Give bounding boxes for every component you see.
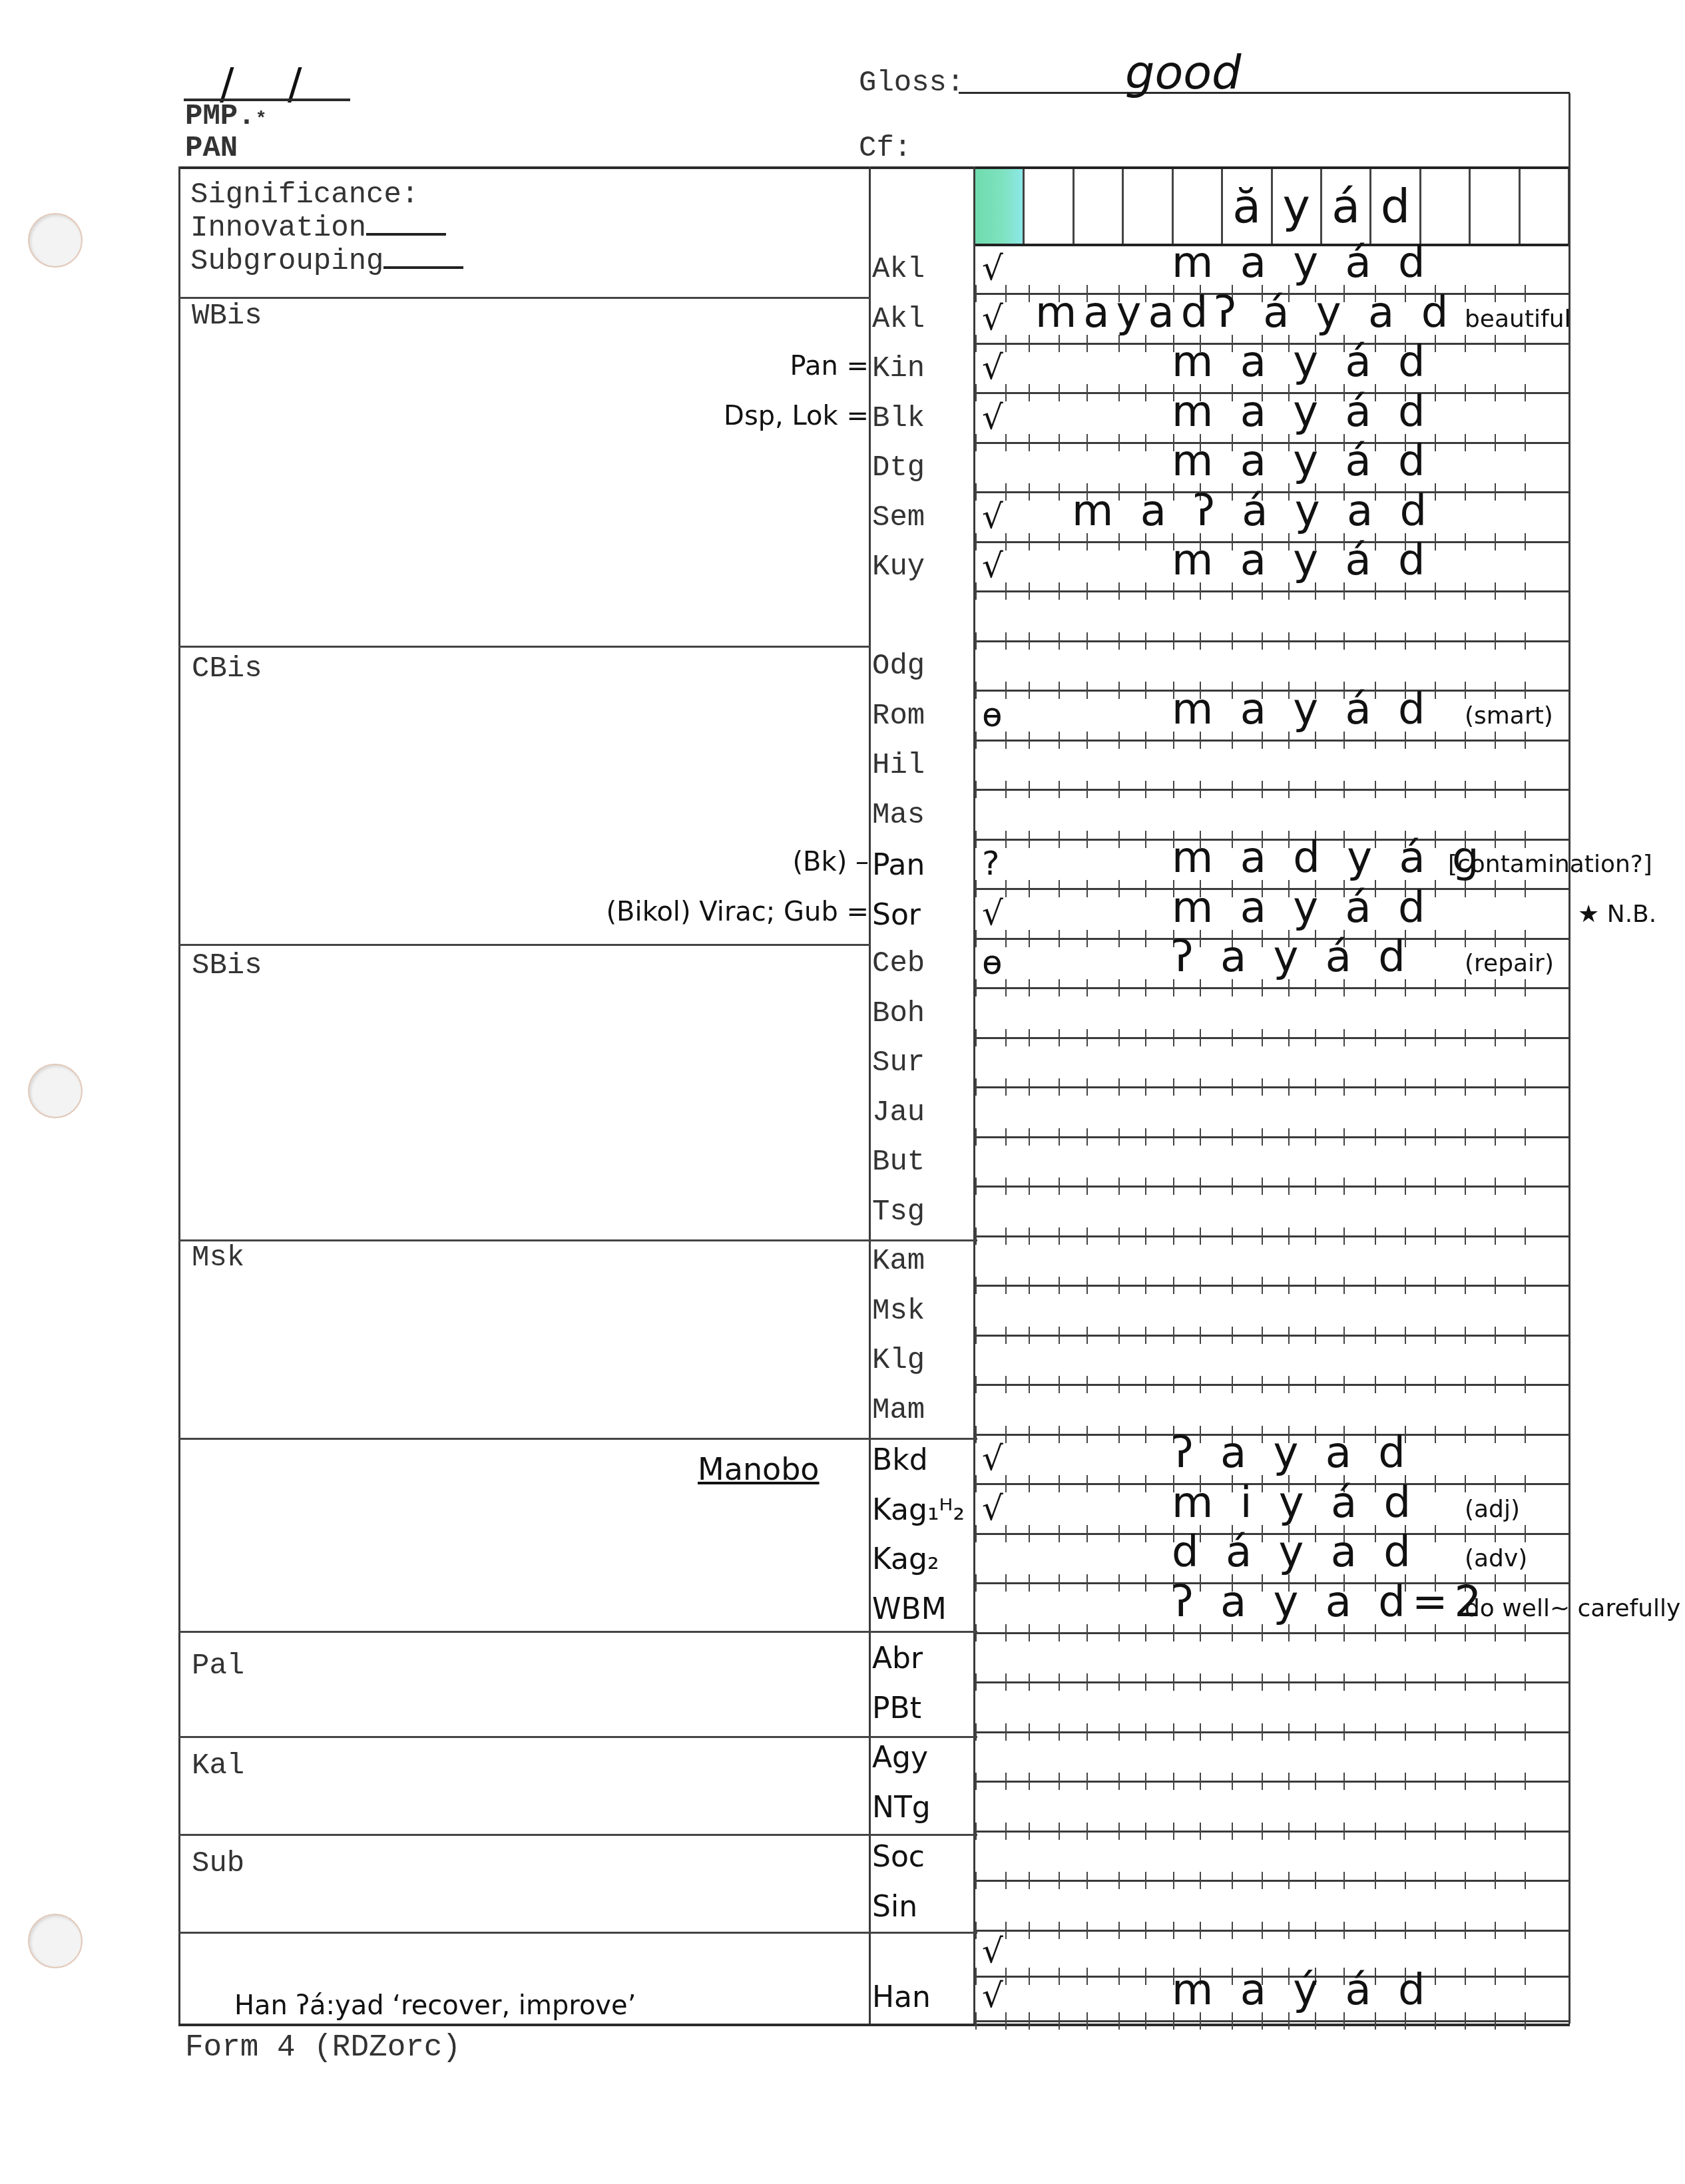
- row-tick: [1405, 1823, 1406, 1840]
- reconstruction-cell[interactable]: d: [1369, 169, 1419, 244]
- row-tick: [1495, 285, 1496, 302]
- row-tick: [1005, 1078, 1007, 1096]
- row-tick: [1375, 1078, 1376, 1096]
- row-tick: [1118, 384, 1120, 401]
- row-tick: [1405, 1277, 1406, 1294]
- language-code: Agy: [872, 1741, 972, 1775]
- row-tick: [1118, 1029, 1120, 1046]
- row-tick: [1435, 483, 1436, 501]
- language-code: Han: [872, 1980, 972, 2014]
- subgrouping-blank[interactable]: [383, 266, 463, 269]
- check-icon[interactable]: √: [982, 1489, 1003, 1528]
- row-tick: [1525, 1673, 1526, 1691]
- gloss-note: (smart): [1465, 702, 1553, 730]
- row-tick: [1005, 384, 1007, 401]
- row-tick: [1059, 1624, 1060, 1641]
- check-icon[interactable]: √: [982, 546, 1003, 585]
- row-tick: [975, 1078, 977, 1096]
- dialect-annotation: Dsp, Lok =: [724, 401, 869, 431]
- row-tick: [1525, 582, 1526, 600]
- row-tick: [1029, 732, 1030, 749]
- row-tick: [975, 434, 977, 451]
- row-tick: [1495, 1968, 1496, 1985]
- sep-cbis-sbis: [178, 944, 871, 946]
- row-tick: [1029, 1078, 1030, 1096]
- check-icon[interactable]: √: [982, 1932, 1003, 1970]
- row-tick: [1029, 2012, 1030, 2030]
- dialect-annotation: Pan =: [790, 351, 869, 381]
- row-tick: [1145, 1673, 1146, 1691]
- row-tick: [1465, 930, 1466, 947]
- row-tick: [1288, 1922, 1290, 1939]
- row-tick: [1200, 1773, 1201, 1790]
- row-tick: [1465, 732, 1466, 749]
- row-tick: [1435, 979, 1436, 996]
- row-tick: [1435, 1128, 1436, 1146]
- row-tick: [1262, 1872, 1263, 1889]
- row-tick: [1405, 1723, 1406, 1741]
- row-tick: [1029, 1574, 1030, 1592]
- cognate-form[interactable]: m a y á d: [1172, 387, 1432, 437]
- row-tick: [1173, 1376, 1174, 1393]
- row-tick: [1465, 1376, 1466, 1393]
- row-tick: [1145, 1574, 1146, 1592]
- row-tick: [1525, 1823, 1526, 1840]
- row-tick: [1495, 483, 1496, 501]
- gloss-value[interactable]: good: [1125, 45, 1242, 100]
- row-tick: [1495, 1773, 1496, 1790]
- row-tick: [1005, 1968, 1007, 1985]
- reconstruction-cell[interactable]: ă: [1221, 169, 1270, 244]
- row-tick: [1375, 1128, 1376, 1146]
- gloss-note: beautiful: [1465, 306, 1571, 333]
- cognate-form[interactable]: m a y á d: [1172, 685, 1432, 734]
- row-tick: [1145, 831, 1146, 848]
- row-tick: [1315, 1773, 1316, 1790]
- row-tick: [1375, 781, 1376, 798]
- row-tick: [1288, 1327, 1290, 1344]
- row-tick: [1375, 1823, 1376, 1840]
- row-tick: [1118, 1277, 1120, 1294]
- row-tick: [1435, 1327, 1436, 1344]
- row-tick: [1405, 1029, 1406, 1046]
- row-tick: [975, 483, 977, 501]
- row-tick: [1059, 1673, 1060, 1691]
- row-tick: [1005, 632, 1007, 650]
- row-tick: [1005, 533, 1007, 550]
- row-tick: [1059, 1327, 1060, 1344]
- subgrouping-text: Subgrouping: [190, 245, 383, 278]
- row-tick: [1200, 1128, 1201, 1146]
- row-tick: [1525, 1475, 1526, 1492]
- language-code: Odg: [872, 650, 972, 683]
- row-tick: [1086, 1624, 1088, 1641]
- row-tick: [975, 1525, 977, 1542]
- row-tick: [1315, 1128, 1316, 1146]
- row-tick: [1465, 1922, 1466, 1939]
- cognate-form[interactable]: m a y á d: [1172, 337, 1432, 387]
- query-mark-icon[interactable]: ?: [982, 844, 1000, 883]
- row-tick: [1059, 1178, 1060, 1195]
- row-tick: [1005, 1624, 1007, 1641]
- cognate-form[interactable]: m a y á d: [1172, 536, 1432, 585]
- row-tick: [1343, 1227, 1345, 1245]
- row-tick: [1262, 1922, 1263, 1939]
- gloss-note: (repair): [1465, 950, 1554, 977]
- row-tick: [1288, 1078, 1290, 1096]
- row-tick: [1315, 1029, 1316, 1046]
- row-tick: [1288, 1178, 1290, 1195]
- row-tick: [1495, 1574, 1496, 1592]
- row-tick: [1173, 1277, 1174, 1294]
- row-tick: [1435, 1029, 1436, 1046]
- cognate-form[interactable]: ʔ a y a d: [1172, 1428, 1412, 1478]
- row-tick: [1059, 831, 1060, 848]
- row-tick: [975, 1029, 977, 1046]
- row-tick: [1200, 1078, 1201, 1096]
- row-tick: [1145, 1227, 1146, 1245]
- row-tick: [1086, 1475, 1088, 1492]
- row-tick: [1343, 1773, 1345, 1790]
- row-tick: [1288, 1128, 1290, 1146]
- row-tick: [1375, 1773, 1376, 1790]
- row-tick: [1145, 1128, 1146, 1146]
- row-tick: [1086, 632, 1088, 650]
- row-tick: [1405, 1773, 1406, 1790]
- row-tick: [1435, 384, 1436, 401]
- row-tick: [1343, 1128, 1345, 1146]
- row-tick: [1005, 1574, 1007, 1592]
- row-tick: [1495, 831, 1496, 848]
- row-tick: [1343, 1327, 1345, 1344]
- row-rule: [975, 1930, 1570, 1932]
- row-tick: [1118, 1327, 1120, 1344]
- row-tick: [1086, 1426, 1088, 1443]
- row-tick: [1288, 1277, 1290, 1294]
- row-tick: [1086, 2012, 1088, 2030]
- row-tick: [1086, 384, 1088, 401]
- cognate-form[interactable]: m i y á d: [1172, 1478, 1417, 1528]
- check-icon[interactable]: √: [982, 497, 1003, 536]
- row-tick: [1375, 1872, 1376, 1889]
- row-tick: [1315, 1922, 1316, 1939]
- row-tick: [1059, 1227, 1060, 1245]
- row-rule: [975, 1136, 1570, 1138]
- gloss-underline: [959, 92, 1570, 94]
- row-tick: [1145, 1178, 1146, 1195]
- reconstruction-cell[interactable]: [1073, 169, 1122, 244]
- row-tick: [1086, 1327, 1088, 1344]
- row-tick: [1375, 1376, 1376, 1393]
- row-tick: [1525, 434, 1526, 451]
- reconstruction-cell-highlighted[interactable]: [973, 169, 1023, 244]
- row-tick: [1145, 434, 1146, 451]
- row-tick: [1262, 1227, 1263, 1245]
- row-tick: [1232, 1327, 1233, 1344]
- row-tick: [1145, 1277, 1146, 1294]
- reconstruction-cell[interactable]: [1419, 169, 1469, 244]
- row-tick: [1343, 1376, 1345, 1393]
- row-tick: [1145, 979, 1146, 996]
- row-tick: [1465, 434, 1466, 451]
- row-tick: [975, 732, 977, 749]
- row-tick: [1029, 1922, 1030, 1939]
- row-tick: [1315, 1227, 1316, 1245]
- row-tick: [1375, 1227, 1376, 1245]
- language-code: Pan: [872, 848, 972, 882]
- row-tick: [975, 1327, 977, 1344]
- row-tick: [1029, 1376, 1030, 1393]
- language-code: Klg: [872, 1344, 972, 1377]
- row-tick: [1343, 1078, 1345, 1096]
- row-tick: [975, 1227, 977, 1245]
- row-tick: [1375, 1277, 1376, 1294]
- innovation-text: Innovation: [190, 212, 366, 245]
- row-tick: [1145, 732, 1146, 749]
- section-cbis: CBis: [192, 652, 262, 686]
- row-rule: [975, 2020, 1570, 2022]
- section-kal: Kal: [192, 1749, 244, 1783]
- row-tick: [1465, 1872, 1466, 1889]
- row-tick: [1059, 1872, 1060, 1889]
- row-tick: [1118, 831, 1120, 848]
- row-tick: [1173, 1078, 1174, 1096]
- innovation-blank[interactable]: [366, 233, 446, 236]
- row-tick: [1145, 1723, 1146, 1741]
- row-rule: [975, 987, 1570, 989]
- row-tick: [1315, 1723, 1316, 1741]
- row-tick: [1495, 1227, 1496, 1245]
- row-rule: [975, 1235, 1570, 1237]
- row-tick: [1005, 1475, 1007, 1492]
- check-icon[interactable]: √: [982, 249, 1003, 288]
- row-tick: [1086, 1078, 1088, 1096]
- row-tick: [1465, 384, 1466, 401]
- gloss-note: do well~ carefully: [1465, 1595, 1680, 1622]
- frame-left: [178, 166, 180, 2024]
- row-rule: [975, 1335, 1570, 1337]
- row-tick: [1005, 1426, 1007, 1443]
- row-tick: [1525, 930, 1526, 947]
- null-mark-icon[interactable]: ɵ: [982, 696, 1003, 734]
- row-tick: [1005, 1277, 1007, 1294]
- row-tick: [1495, 1872, 1496, 1889]
- row-tick: [1262, 1277, 1263, 1294]
- check-icon[interactable]: √: [982, 894, 1003, 933]
- frame-bottom: [178, 2024, 1570, 2026]
- row-rule: [975, 1186, 1570, 1188]
- divider-lang-column: [869, 166, 871, 2024]
- row-tick: [1086, 1823, 1088, 1840]
- row-tick: [1232, 1773, 1233, 1790]
- row-tick: [1262, 1723, 1263, 1741]
- cognate-form[interactable]: d á y a d: [1172, 1528, 1417, 1577]
- row-tick: [1029, 1872, 1030, 1889]
- language-code: Sem: [872, 501, 972, 535]
- cognate-form[interactable]: ʔ a y á d: [1172, 933, 1412, 982]
- row-tick: [1525, 483, 1526, 501]
- row-tick: [1465, 2012, 1466, 2030]
- sep-sbis-msk: [178, 1239, 977, 1241]
- row-tick: [1005, 682, 1007, 699]
- language-code: Sin: [872, 1890, 972, 1924]
- row-tick: [975, 831, 977, 848]
- row-tick: [1029, 1823, 1030, 1840]
- row-tick: [1029, 1178, 1030, 1195]
- punch-hole-top: [28, 213, 83, 268]
- row-tick: [1495, 533, 1496, 550]
- row-tick: [1086, 1872, 1088, 1889]
- row-tick: [1118, 1426, 1120, 1443]
- row-tick: [1435, 1922, 1436, 1939]
- row-tick: [1086, 1922, 1088, 1939]
- language-code: Tsg: [872, 1196, 972, 1229]
- row-tick: [1118, 1574, 1120, 1592]
- pmp-asterisk: *: [256, 109, 267, 130]
- row-tick: [1495, 1624, 1496, 1641]
- row-tick: [1435, 1968, 1436, 1985]
- null-mark-icon[interactable]: ɵ: [982, 943, 1003, 982]
- row-tick: [1525, 1327, 1526, 1344]
- row-tick: [1315, 1078, 1316, 1096]
- row-tick: [1262, 632, 1263, 650]
- cognate-form[interactable]: m a y á d: [1172, 437, 1432, 486]
- row-tick: [1200, 1376, 1201, 1393]
- row-tick: [975, 1872, 977, 1889]
- row-tick: [1059, 1426, 1060, 1443]
- row-tick: [1200, 1723, 1201, 1741]
- row-tick: [1145, 1872, 1146, 1889]
- row-tick: [1495, 1525, 1496, 1542]
- row-tick: [1525, 1574, 1526, 1592]
- row-tick: [1465, 285, 1466, 302]
- row-tick: [1029, 880, 1030, 897]
- row-tick: [1173, 1128, 1174, 1146]
- reconstruction-cell[interactable]: [1122, 169, 1171, 244]
- row-tick: [1200, 1178, 1201, 1195]
- row-tick: [1375, 1723, 1376, 1741]
- sep-wbis-cbis: [178, 646, 871, 648]
- reconstruction-grid: ăyád: [973, 166, 1570, 246]
- row-tick: [975, 2012, 977, 2030]
- row-tick: [1465, 632, 1466, 650]
- language-code: Boh: [872, 997, 972, 1030]
- section-msk: Msk: [192, 1241, 244, 1275]
- section-sbis: SBis: [192, 949, 262, 983]
- row-tick: [1232, 781, 1233, 798]
- han-note: Han ʔá:yad ‘recover, improve’: [234, 1990, 636, 2021]
- row-tick: [1465, 979, 1466, 996]
- row-tick: [1118, 1673, 1120, 1691]
- row-tick: [1145, 582, 1146, 600]
- row-tick: [1086, 1178, 1088, 1195]
- row-tick: [1145, 1029, 1146, 1046]
- row-tick: [1145, 781, 1146, 798]
- row-tick: [1465, 781, 1466, 798]
- row-tick: [1232, 1376, 1233, 1393]
- row-tick: [1525, 1773, 1526, 1790]
- cognate-form[interactable]: m a ý á d: [1172, 1966, 1432, 2015]
- check-icon[interactable]: √: [982, 1439, 1003, 1478]
- language-code: Kam: [872, 1245, 972, 1278]
- row-tick: [1118, 682, 1120, 699]
- row-tick: [1200, 1227, 1201, 1245]
- row-tick: [1005, 483, 1007, 501]
- row-rule: [975, 640, 1570, 642]
- row-tick: [1005, 732, 1007, 749]
- row-tick: [1059, 1475, 1060, 1492]
- reconstruction-cell[interactable]: [1172, 169, 1221, 244]
- reconstruction-cell[interactable]: y: [1271, 169, 1320, 244]
- row-tick: [1173, 1673, 1174, 1691]
- row-tick: [1086, 732, 1088, 749]
- row-tick: [1118, 632, 1120, 650]
- row-tick: [1435, 1723, 1436, 1741]
- row-tick: [1465, 1128, 1466, 1146]
- reconstruction-cell[interactable]: [1023, 169, 1072, 244]
- cognate-form[interactable]: m a ʔ á y a d: [1072, 487, 1433, 536]
- row-tick: [1005, 1029, 1007, 1046]
- row-tick: [1086, 1773, 1088, 1790]
- row-tick: [1005, 434, 1007, 451]
- language-code: Mam: [872, 1394, 972, 1427]
- row-tick: [1435, 1426, 1436, 1443]
- row-tick: [1029, 582, 1030, 600]
- row-tick: [1118, 930, 1120, 947]
- row-tick: [1465, 1823, 1466, 1840]
- language-code: WBM: [872, 1592, 972, 1626]
- row-tick: [1029, 483, 1030, 501]
- check-icon[interactable]: √: [982, 348, 1003, 387]
- cognate-form[interactable]: m a y á d: [1172, 238, 1432, 288]
- row-rule: [975, 740, 1570, 742]
- row-tick: [1059, 483, 1060, 501]
- reconstruction-cell[interactable]: [1519, 169, 1570, 244]
- row-tick: [1145, 682, 1146, 699]
- cognate-form[interactable]: m a y á d: [1172, 883, 1432, 933]
- check-icon[interactable]: √: [982, 299, 1003, 337]
- language-code: Soc: [872, 1840, 972, 1874]
- row-tick: [1118, 1823, 1120, 1840]
- gloss-label: Gloss:: [859, 67, 964, 100]
- row-tick: [1288, 632, 1290, 650]
- check-icon[interactable]: √: [982, 398, 1003, 437]
- row-tick: [975, 1277, 977, 1294]
- row-rule: [975, 1731, 1570, 1733]
- row-tick: [1465, 682, 1466, 699]
- cognate-form[interactable]: m a d y á g: [1172, 833, 1486, 883]
- language-code: But: [872, 1146, 972, 1179]
- row-tick: [1465, 1723, 1466, 1741]
- cognate-form[interactable]: ʔ a y a d=2: [1172, 1578, 1488, 1627]
- cognate-form[interactable]: mayadʔ á y a d: [1035, 288, 1455, 337]
- pan-label: PAN: [185, 132, 238, 165]
- row-tick: [1495, 732, 1496, 749]
- row-tick: [1315, 1376, 1316, 1393]
- reconstruction-cell[interactable]: á: [1320, 169, 1369, 244]
- row-tick: [1315, 1277, 1316, 1294]
- row-tick: [1173, 632, 1174, 650]
- reconstruction-cell[interactable]: [1469, 169, 1518, 244]
- row-tick: [1086, 831, 1088, 848]
- row-tick: [1118, 2012, 1120, 2030]
- row-tick: [1465, 1673, 1466, 1691]
- check-icon[interactable]: √: [982, 1976, 1003, 2015]
- row-tick: [1495, 1823, 1496, 1840]
- row-tick: [1029, 781, 1030, 798]
- row-tick: [975, 930, 977, 947]
- language-code: Blk: [872, 402, 972, 435]
